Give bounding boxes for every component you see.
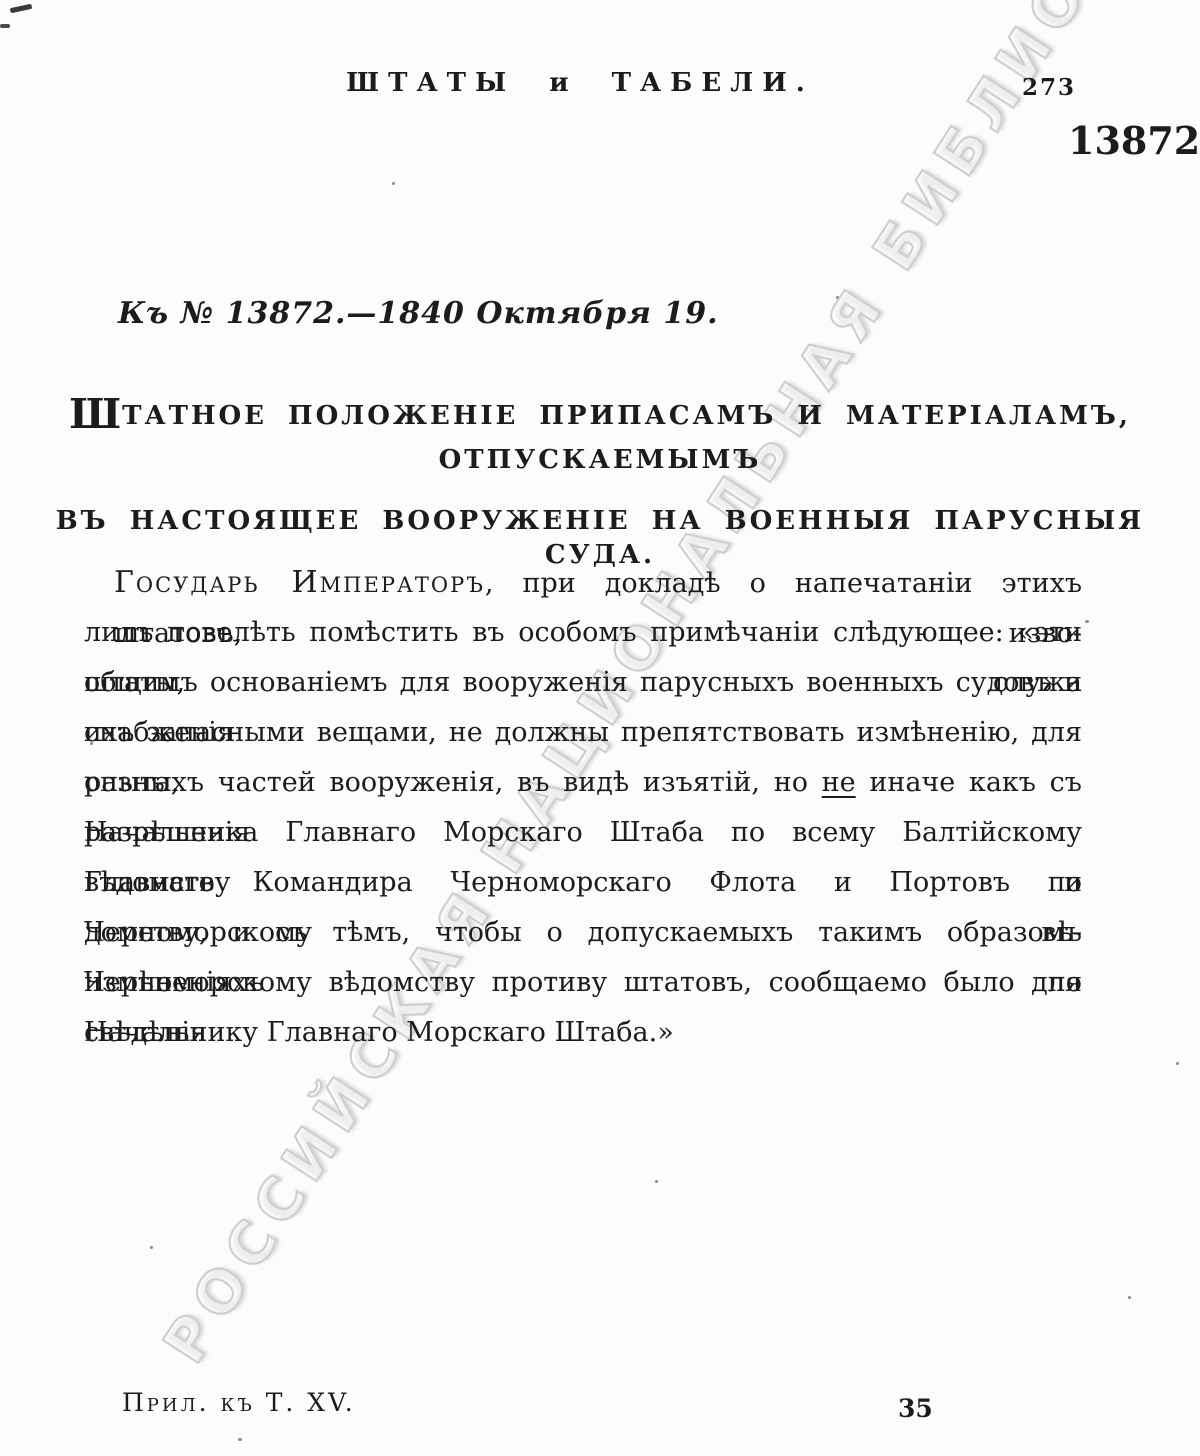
scan-speck [655,1180,658,1183]
sovereign-smallcaps: Государь Императоръ [114,565,485,600]
scanned-document-page: РОССИЙСКАЯ НАЦИОНАЛЬНАЯ БИБЛИОТЕКА ШТАТЫ… [0,0,1200,1456]
scan-speck [1176,1062,1179,1065]
body-line-text: разныхъ частей вооруженія, въ видѣ изъят… [84,767,822,798]
scan-speck [836,296,839,299]
body-line: Государь Императоръ, при докладѣ о напеч… [84,558,1082,608]
document-heading: ШТАТНОЕ ПОЛОЖЕНІЕ ПРИПАСАМЪ И МАТЕРІАЛАМ… [50,392,1150,572]
footer-volume-note: Прил. къ Т. XV. [122,1388,356,1417]
sheet-number: 35 [898,1394,933,1423]
body-line: домству, и съ тѣмъ, чтобы о допускаемыхъ… [84,908,1082,958]
body-line: разныхъ частей вооруженія, въ видѣ изъят… [84,758,1082,808]
body-line: Черноморскому вѣдомству противу штатовъ,… [84,958,1082,1008]
body-line: общимъ основаніемъ для вооруженія парусн… [84,658,1082,708]
heading-line-1: ШТАТНОЕ ПОЛОЖЕНІЕ ПРИПАСАМЪ И МАТЕРІАЛАМ… [50,392,1150,482]
underlined-word: не [822,767,856,798]
scan-speck [150,1246,153,1249]
date-reference-line: Къ № 13872.—1840 Октября 19. [118,296,719,331]
scan-speck [392,182,395,185]
body-line: лилъ повелѣть помѣстить въ особомъ примѣ… [84,608,1082,658]
scan-speck [238,1438,242,1441]
body-line: Главнаго Командира Черноморскаго Флота и… [84,858,1082,908]
act-number: 13872 [1068,118,1200,163]
scan-speck [10,4,33,13]
scan-speck [0,24,10,28]
scan-speck [1085,620,1089,623]
heading-drop-initial: Ш [69,390,122,438]
page-number: 273 [1022,74,1076,101]
scan-speck [1128,1296,1131,1299]
running-title: ШТАТЫ и ТАБЕЛИ. [0,68,1160,98]
body-line: Начальника Главнаго Морскаго Штаба по вс… [84,808,1082,858]
body-paragraph: Государь Императоръ, при докладѣ о напеч… [84,558,1082,1058]
body-line: Начальнику Главнаго Морскаго Штаба.» [84,1008,1082,1058]
body-line: ихъ запасными вещами, не должны препятст… [84,708,1082,758]
heading-line-1-text: ТАТНОЕ ПОЛОЖЕНІЕ ПРИПАСАМЪ И МАТЕРІАЛАМЪ… [122,401,1131,475]
